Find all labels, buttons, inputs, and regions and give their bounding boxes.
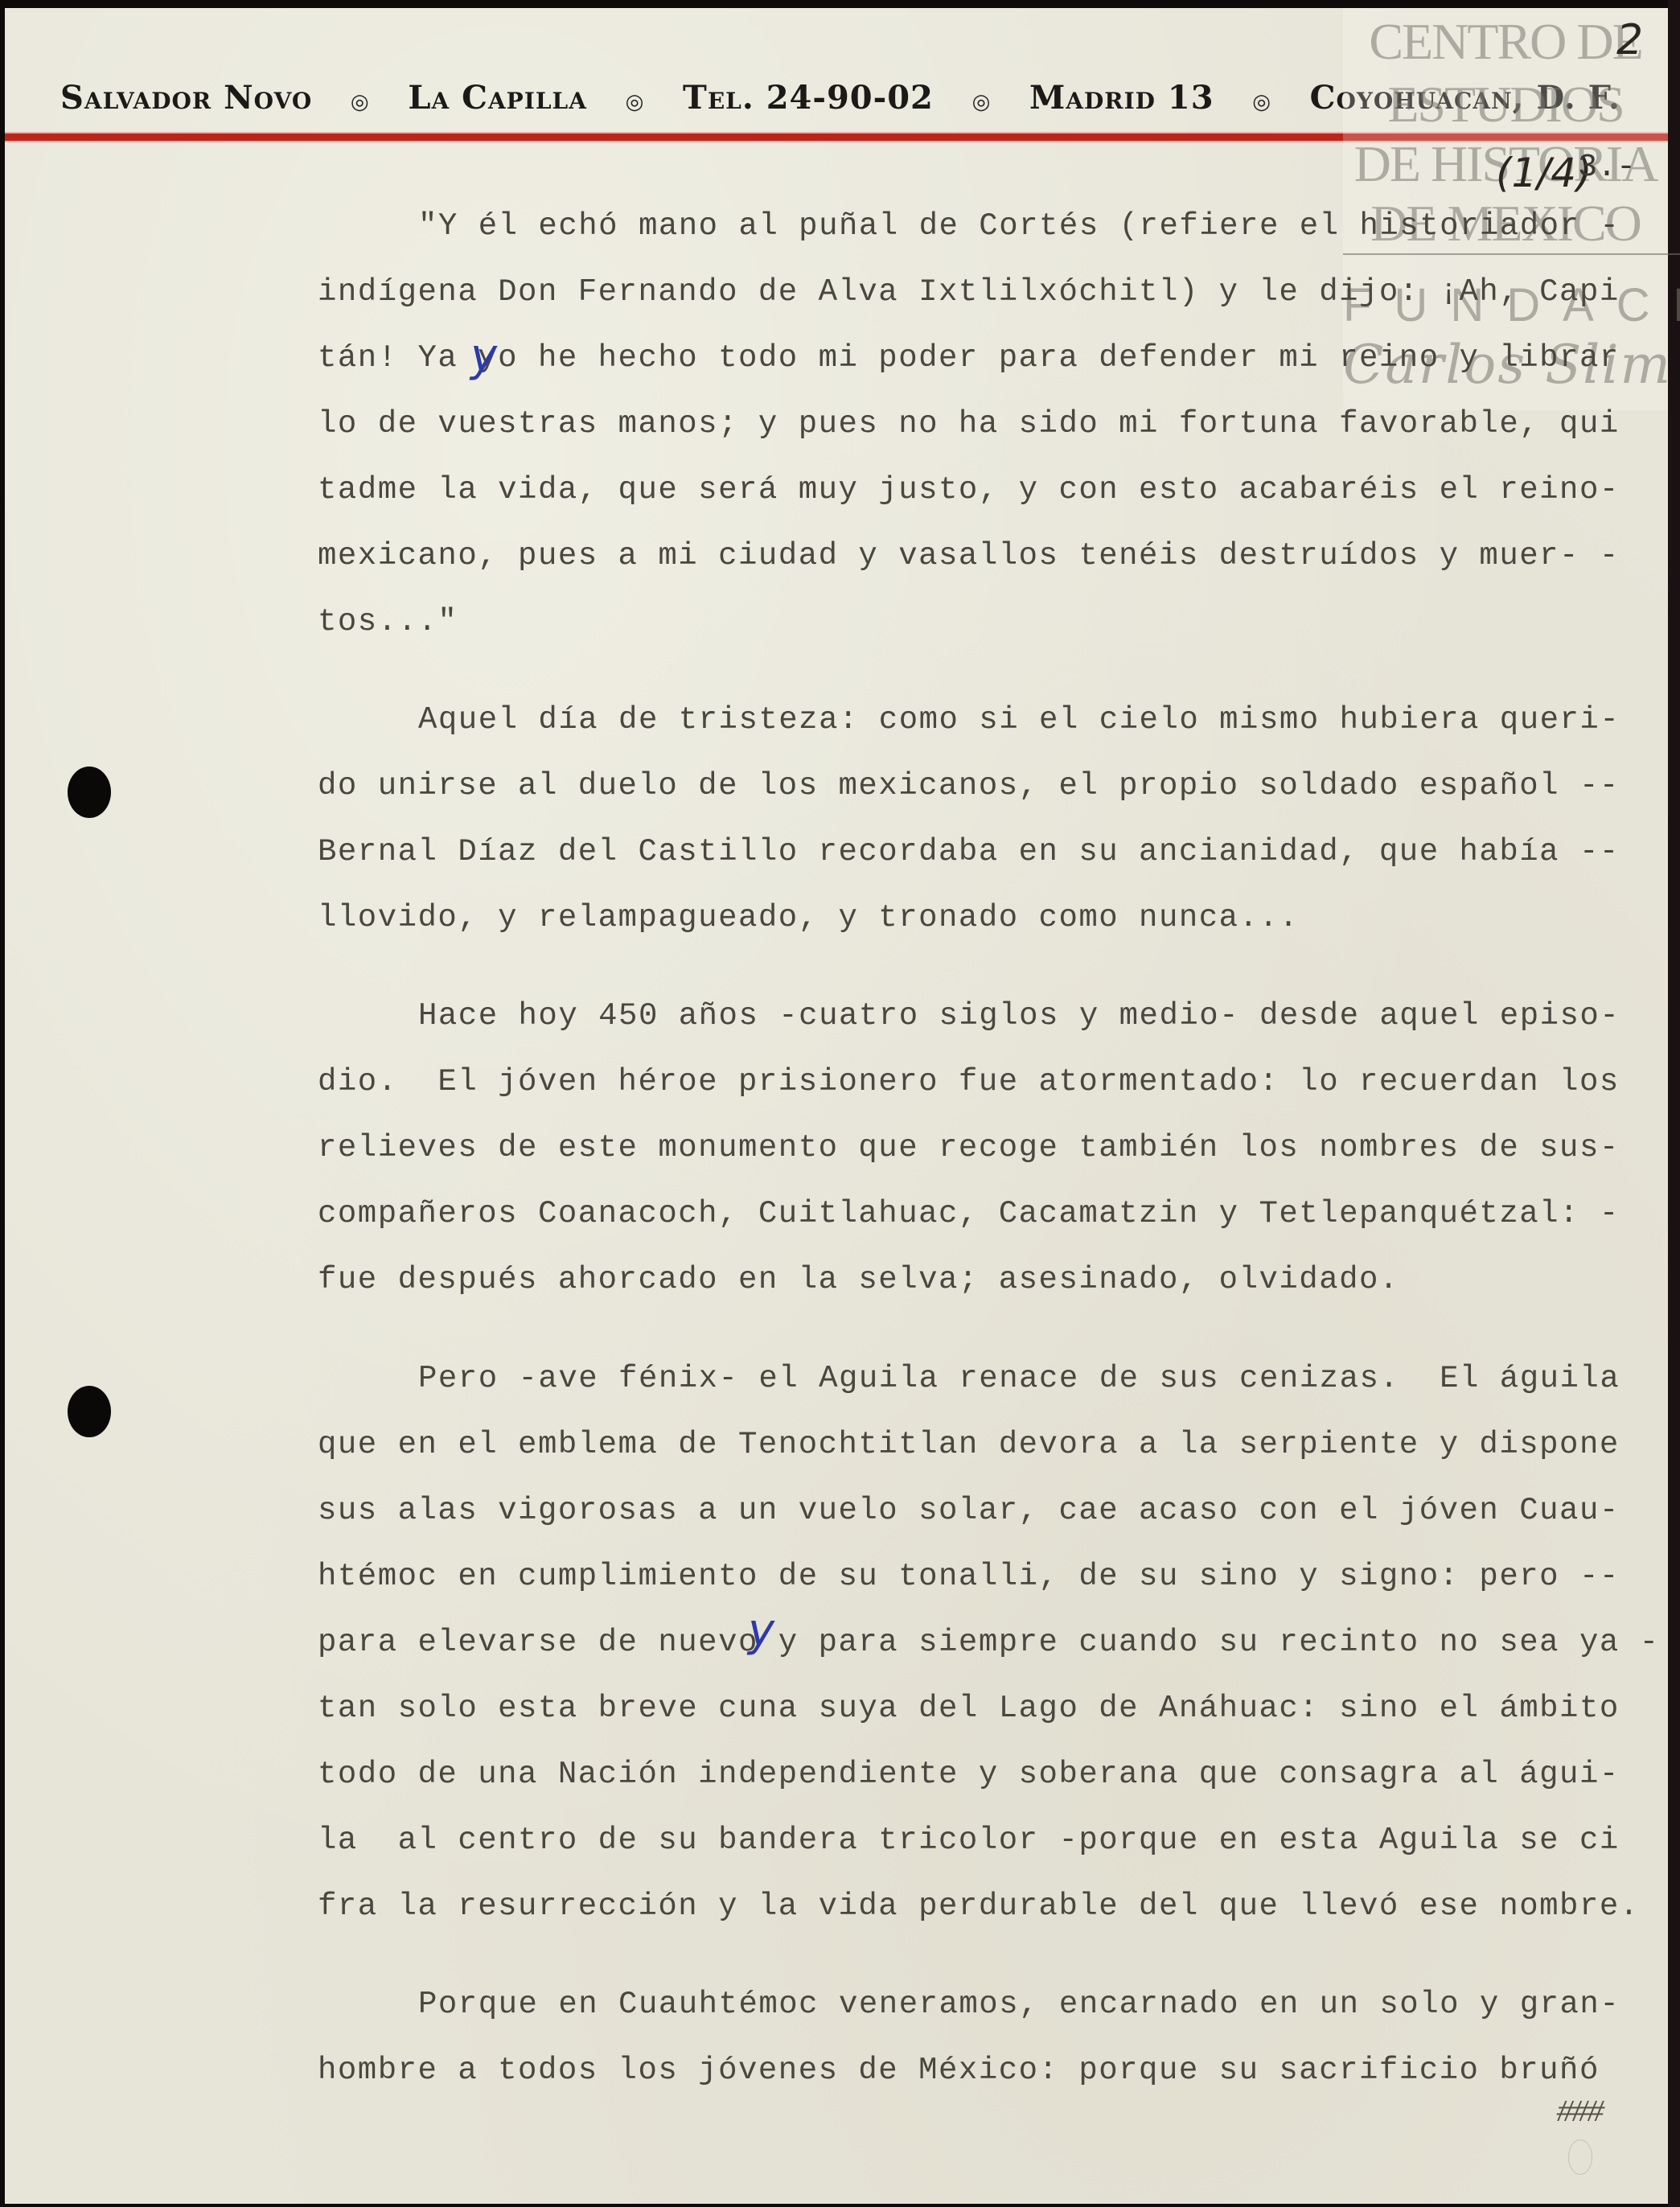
- text-line: fue después ahorcado en la selva; asesin…: [318, 1264, 1399, 1296]
- letterhead-street: Madrid 13: [1029, 79, 1214, 117]
- text-line: fra la resurrección y la vida perdurable…: [318, 1891, 1640, 1922]
- text-line: tán! Ya yo he hecho todo mi poder para d…: [318, 343, 1620, 374]
- text-line: do unirse al duelo de los mexicanos, el …: [318, 771, 1620, 802]
- letterhead-phone: Tel. 24-90-02: [683, 79, 934, 117]
- text-line: Hace hoy 450 años -cuatro siglos y medio…: [418, 1001, 1620, 1032]
- text-line: "Y él echó mano al puñal de Cortés (refi…: [418, 211, 1620, 242]
- bullseye-icon: ◎: [626, 90, 645, 114]
- text-line: Bernal Díaz del Castillo recordaba en su…: [318, 836, 1620, 868]
- text-line: la al centro de su bandera tricolor -por…: [318, 1825, 1620, 1856]
- text-line: llovido, y relampagueado, y tronado como…: [318, 902, 1299, 934]
- text-line: compañeros Coanacoch, Cuitlahuac, Cacama…: [318, 1198, 1620, 1230]
- end-of-text-mark: ###: [1556, 2096, 1601, 2131]
- text-line: relieves de este monumento que recoge ta…: [318, 1132, 1620, 1164]
- text-line: lo de vuestras manos; y pues no ha sido …: [318, 409, 1620, 440]
- bullseye-icon: ◎: [1252, 90, 1271, 114]
- text-line: sus alas vigorosas a un vuelo solar, cae…: [318, 1495, 1620, 1527]
- text-line: htémoc en cumplimiento de su tonalli, de…: [318, 1561, 1620, 1593]
- text-line: mexicano, pues a mi ciudad y vasallos te…: [318, 540, 1620, 572]
- text-line: Aquel día de tristeza: como si el cielo …: [418, 705, 1620, 736]
- letterhead-place: La Capilla: [408, 79, 587, 117]
- text-line: para elevarse de nuevo y para siempre cu…: [318, 1627, 1660, 1658]
- letterhead-name: Salvador Novo: [60, 79, 312, 117]
- letterhead-red-rule: [5, 134, 1668, 141]
- text-line: Pero -ave fénix- el Aguila renace de sus…: [418, 1363, 1620, 1395]
- text-line: tan solo esta breve cuna suya del Lago d…: [318, 1693, 1620, 1724]
- text-line: indígena Don Fernando de Alva Ixtlilxóch…: [318, 277, 1620, 308]
- text-line: tos...": [318, 606, 458, 638]
- typed-page-number: 3.-: [1578, 150, 1636, 186]
- faint-stamp-mark: [1568, 2139, 1592, 2175]
- letterhead-city: Coyohuacan, D. F.: [1310, 79, 1620, 117]
- handwritten-page-number: 2: [1616, 16, 1643, 64]
- bullseye-icon: ◎: [351, 90, 370, 114]
- text-line: Porque en Cuauhtémoc veneramos, encarnad…: [418, 1989, 1620, 2020]
- punch-hole: [68, 766, 111, 818]
- punch-hole: [68, 1386, 111, 1437]
- letterhead: Salvador Novo ◎ La Capilla ◎ Tel. 24-90-…: [60, 79, 1620, 117]
- text-line: todo de una Nación independiente y sober…: [318, 1759, 1620, 1790]
- bullseye-icon: ◎: [972, 90, 992, 114]
- text-line: hombre a todos los jóvenes de México: po…: [318, 2055, 1600, 2086]
- document-page: [5, 8, 1668, 2204]
- text-line: que en el emblema de Tenochtitlan devora…: [318, 1429, 1620, 1461]
- text-line: dio. El jóven héroe prisionero fue atorm…: [318, 1067, 1620, 1098]
- text-line: tadme la vida, que será muy justo, y con…: [318, 475, 1620, 506]
- ink-correction-mark: y: [470, 330, 497, 382]
- ink-correction-mark: y: [748, 1605, 774, 1657]
- scan-border: [1668, 0, 1680, 2207]
